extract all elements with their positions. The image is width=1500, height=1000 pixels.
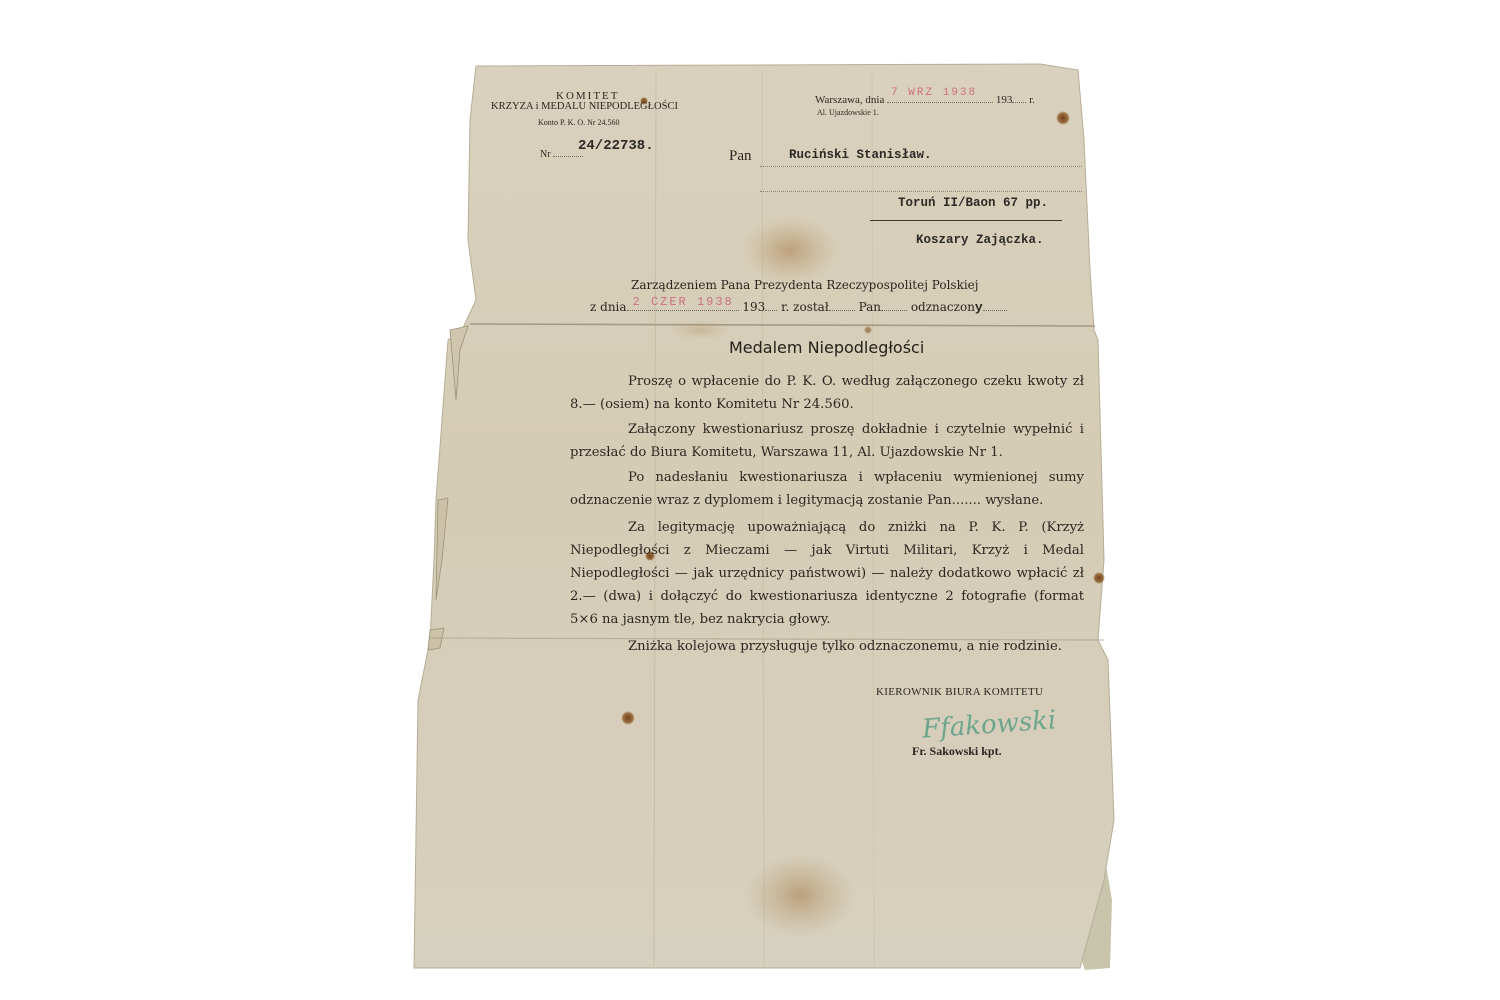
year-prefix: 193 bbox=[996, 94, 1013, 106]
recipient-unit: Toruń II/Baon 67 pp. bbox=[898, 196, 1048, 210]
recipient-address-line bbox=[760, 191, 1082, 193]
paragraph-discount: Za legitymację upoważniającą do zniżki n… bbox=[570, 516, 1084, 631]
recipient-name: Ruciński Stanisław. bbox=[789, 148, 932, 162]
recipient-name-line bbox=[760, 166, 1082, 168]
reference-number-label: Nr bbox=[540, 146, 583, 160]
decree-pan-label: Pan bbox=[859, 300, 881, 314]
decree-date-label: z dnia bbox=[590, 300, 627, 314]
place-label: Warszawa, dnia bbox=[815, 94, 884, 106]
decree-mid-text: r. został bbox=[781, 300, 829, 314]
committee-address: Al. Ujazdowskie 1. bbox=[817, 108, 879, 117]
signoff-printed-name: Fr. Sakowski kpt. bbox=[912, 744, 1002, 759]
recipient-barracks: Koszary Zajączka. bbox=[916, 233, 1044, 247]
signoff-title: KIEROWNIK BIURA KOMITETU bbox=[876, 686, 1043, 698]
decree-date-line: z dnia 2 CZER 1938 193 r. został Pan odz… bbox=[590, 300, 1007, 315]
decree-line: Zarządzeniem Pana Prezydenta Rzeczypospo… bbox=[631, 278, 979, 292]
decree-year-prefix: 193 bbox=[742, 300, 765, 314]
paragraph-shipping: Po nadesłaniu kwestionariusza i wpłaceni… bbox=[570, 466, 1084, 512]
date-stamp-decree: 2 CZER 1938 bbox=[633, 295, 734, 309]
recipient-unit-underline bbox=[870, 220, 1062, 222]
medal-title: Medalem Niepodległości bbox=[729, 338, 924, 357]
paragraph-payment: Proszę o wpłacenie do P. K. O. według za… bbox=[570, 370, 1084, 416]
recipient-salutation: Pan bbox=[729, 148, 752, 165]
paragraph-questionnaire: Załączony kwestionariusz proszę dokładni… bbox=[570, 418, 1084, 464]
committee-subtitle: KRZYZA i MEDALU NIEPODLEGŁOŚCI bbox=[491, 101, 678, 112]
year-suffix: r. bbox=[1029, 94, 1035, 106]
decree-awarded-label: odznaczon bbox=[911, 300, 975, 314]
nr-label: Nr bbox=[540, 149, 551, 160]
paragraph-railway: Zniżka kolejowa przysługuje tylko odznac… bbox=[570, 635, 1084, 658]
reference-number-value: 24/22738. bbox=[578, 138, 654, 154]
place-date-line: Warszawa, dnia 7 WRZ 1938 193 r. bbox=[815, 92, 1035, 106]
date-stamp-sent: 7 WRZ 1938 bbox=[891, 87, 977, 99]
committee-account: Konto P. K. O. Nr 24.560 bbox=[538, 118, 620, 127]
decree-awarded-suffix: y bbox=[975, 300, 983, 315]
